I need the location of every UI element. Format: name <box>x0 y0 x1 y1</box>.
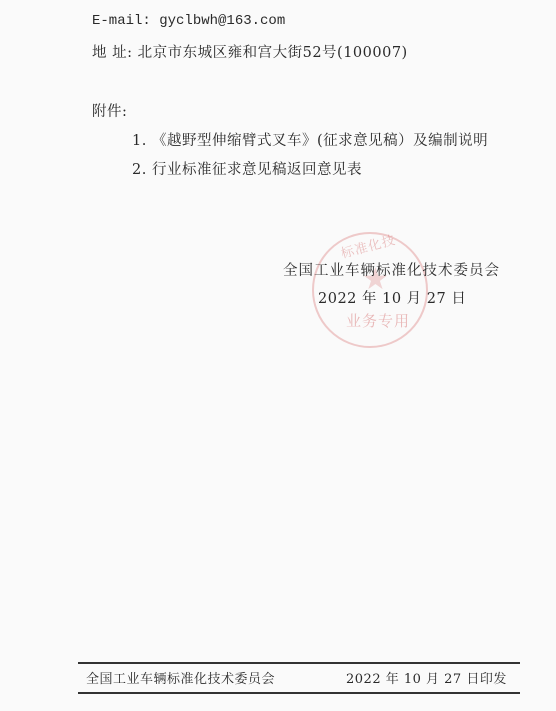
signature-organization: 全国工业车辆标准化技术委员会 <box>283 259 500 280</box>
attachments-title: 附件: <box>92 100 127 121</box>
seal-top-text: 标准化技 <box>338 229 397 262</box>
address-line: 地 址: 北京市东城区雍和宫大街52号(100007) <box>92 41 408 62</box>
footer-divider-bottom <box>78 692 520 694</box>
signature-date: 2022 年 10 月 27 日 <box>318 287 466 308</box>
footer-organization: 全国工业车辆标准化技术委员会 <box>86 668 275 687</box>
email-line: E-mail: gyclbwh@163.com <box>92 13 285 29</box>
attachment-item: 1. 《越野型伸缩臂式叉车》(征求意见稿）及编制说明 <box>132 129 488 150</box>
footer-divider-top <box>78 662 520 664</box>
attachment-item: 2. 行业标准征求意见稿返回意见表 <box>132 158 362 179</box>
footer-issue-date: 2022 年 10 月 27 日印发 <box>346 668 507 687</box>
seal-bottom-text: 业务专用 <box>346 310 410 331</box>
